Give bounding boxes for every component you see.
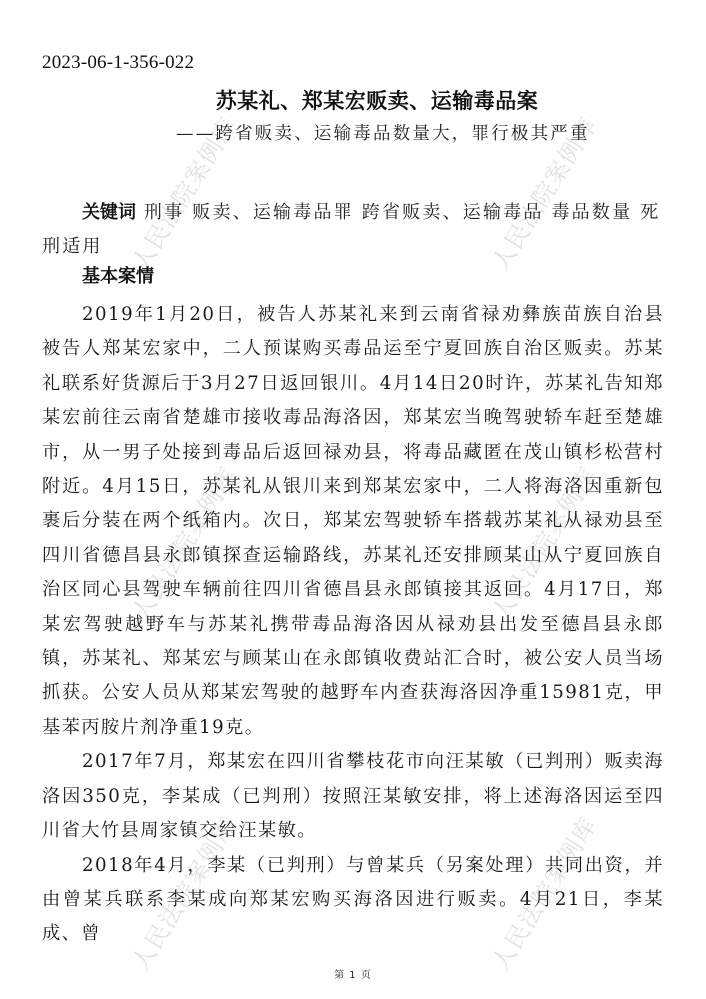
- case-number: 2023-06-1-356-022: [42, 52, 194, 74]
- paragraph: 2018年4月，李某（已判刑）与曾某兵（另案处理）共同出资，并由曾某兵联系李某成…: [42, 849, 664, 952]
- document-subtitle: ——跨省贩卖、运输毒品数量大，罪行极其严重: [176, 120, 590, 145]
- keywords-label: 关键词: [82, 202, 136, 223]
- section-heading-basic-facts: 基本案情: [82, 262, 154, 288]
- page-number: 第 1 页: [0, 966, 706, 981]
- case-facts-body: 2019年1月20日，被告人苏某礼来到云南省禄劝彝族苗族自治县被告人郑某宏家中，…: [42, 298, 664, 952]
- document-page: 人民法院案例库 人民法院案例库 人民法院案例库 人民法院案例库 人民法院案例库 …: [0, 0, 706, 999]
- paragraph: 2017年7月，郑某宏在四川省攀枝花市向汪某敏（已判刑）贩卖海洛因350克，李某…: [42, 745, 664, 848]
- paragraph: 2019年1月20日，被告人苏某礼来到云南省禄劝彝族苗族自治县被告人郑某宏家中，…: [42, 298, 664, 745]
- document-title: 苏某礼、郑某宏贩卖、运输毒品案: [0, 85, 706, 115]
- keywords: 关键词 刑事 贩卖、运输毒品罪 跨省贩卖、运输毒品 毒品数量 死刑适用: [42, 196, 664, 264]
